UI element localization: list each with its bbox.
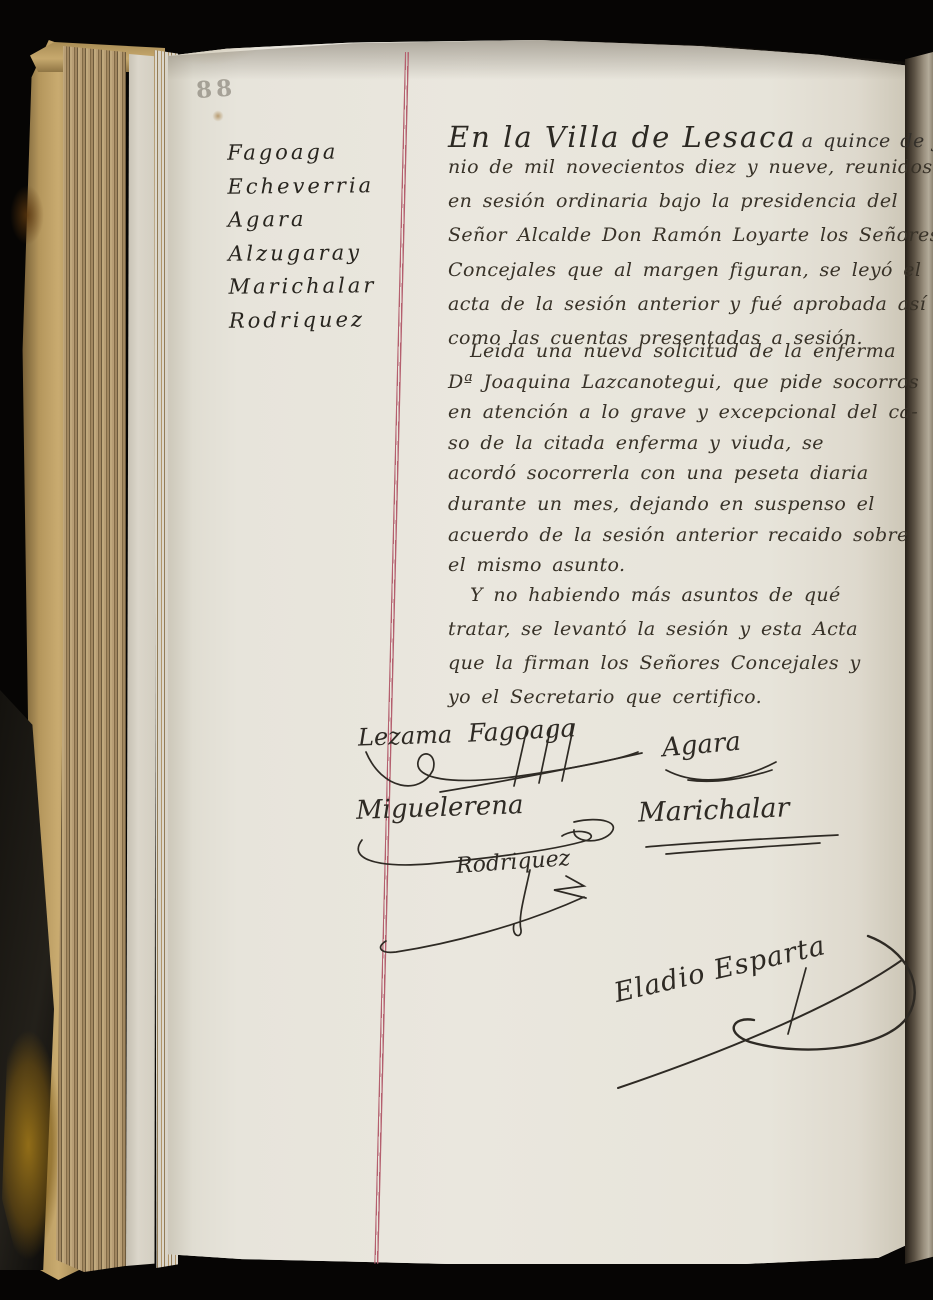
manuscript-line: en atención a lo grave y excepcional del… bbox=[448, 397, 919, 428]
underlying-page-strip bbox=[126, 54, 156, 1266]
margin-name: Echeverria bbox=[227, 169, 375, 204]
manuscript-line: que la firman los Señores Concejales y bbox=[448, 646, 861, 680]
manuscript-line: acordó socorrerla con una peseta diaria bbox=[448, 458, 919, 489]
manuscript-line: Señor Alcalde Don Ramón Loyarte los Seño… bbox=[448, 218, 933, 252]
act-paragraph-1: nio de mil novecientos diez y nueve, reu… bbox=[448, 150, 933, 355]
margin-name: Alzugaray bbox=[228, 236, 376, 271]
manuscript-line: Concejales que al margen figuran, se ley… bbox=[448, 253, 933, 287]
ghost-page-number: 88 bbox=[191, 75, 233, 105]
manuscript-line: nio de mil novecientos diez y nueve, reu… bbox=[448, 150, 933, 184]
margin-name: Agara bbox=[228, 202, 376, 237]
manuscript-line: Y no habiendo más asuntos de qué bbox=[448, 578, 861, 612]
signature-marichalar: Marichalar bbox=[638, 792, 791, 828]
manuscript-line: acta de la sesión anterior y fué aprobad… bbox=[448, 287, 933, 321]
manuscript-photo: 88 Fagoaga Echeverria Agara Alzugaray Ma… bbox=[0, 0, 933, 1300]
manuscript-line: el mismo asunto. bbox=[448, 550, 919, 581]
margin-name: Rodriquez bbox=[229, 303, 377, 338]
manuscript-line: durante un mes, dejando en suspenso el bbox=[448, 489, 919, 520]
manuscript-line: acuerdo de la sesión anterior recaido so… bbox=[448, 520, 919, 551]
manuscript-line: en sesión ordinaria bajo la presidencia … bbox=[448, 184, 933, 218]
cover-stain-dark bbox=[10, 185, 44, 245]
manuscript-line: tratar, se levantó la sesión y esta Acta bbox=[448, 612, 861, 646]
manuscript-line: Dª Joaquina Lazcanotegui, que pide socor… bbox=[448, 367, 919, 398]
opening-phrase: En la Villa de Lesaca bbox=[448, 120, 797, 154]
manuscript-line: Leida una nueva solicitud de la enferma bbox=[448, 336, 919, 367]
opening-continuation: a quince de ju- bbox=[802, 130, 933, 152]
manuscript-line: so de la citada enferma y viuda, se bbox=[448, 428, 919, 459]
act-paragraph-3: Y no habiendo más asuntos de qué tratar,… bbox=[448, 578, 861, 714]
signature-lezama: Lezama bbox=[358, 720, 453, 751]
signature-miguelerena: Miguelerena bbox=[356, 790, 524, 826]
signature-fagoaga: Fagoaga bbox=[467, 713, 576, 748]
margin-name: Fagoaga bbox=[227, 135, 375, 170]
manuscript-line: yo el Secretario que certifico. bbox=[448, 680, 861, 714]
act-paragraph-2: Leida una nueva solicitud de la enferma … bbox=[448, 336, 919, 581]
stacked-page-edges-outer bbox=[56, 46, 126, 1272]
margin-name: Marichalar bbox=[228, 269, 376, 304]
margin-councillor-names: Fagoaga Echeverria Agara Alzugaray Maric… bbox=[227, 135, 377, 338]
act-opening-line: En la Villa de Lesaca a quince de ju- bbox=[448, 120, 933, 154]
page-top-shadow bbox=[168, 40, 908, 80]
